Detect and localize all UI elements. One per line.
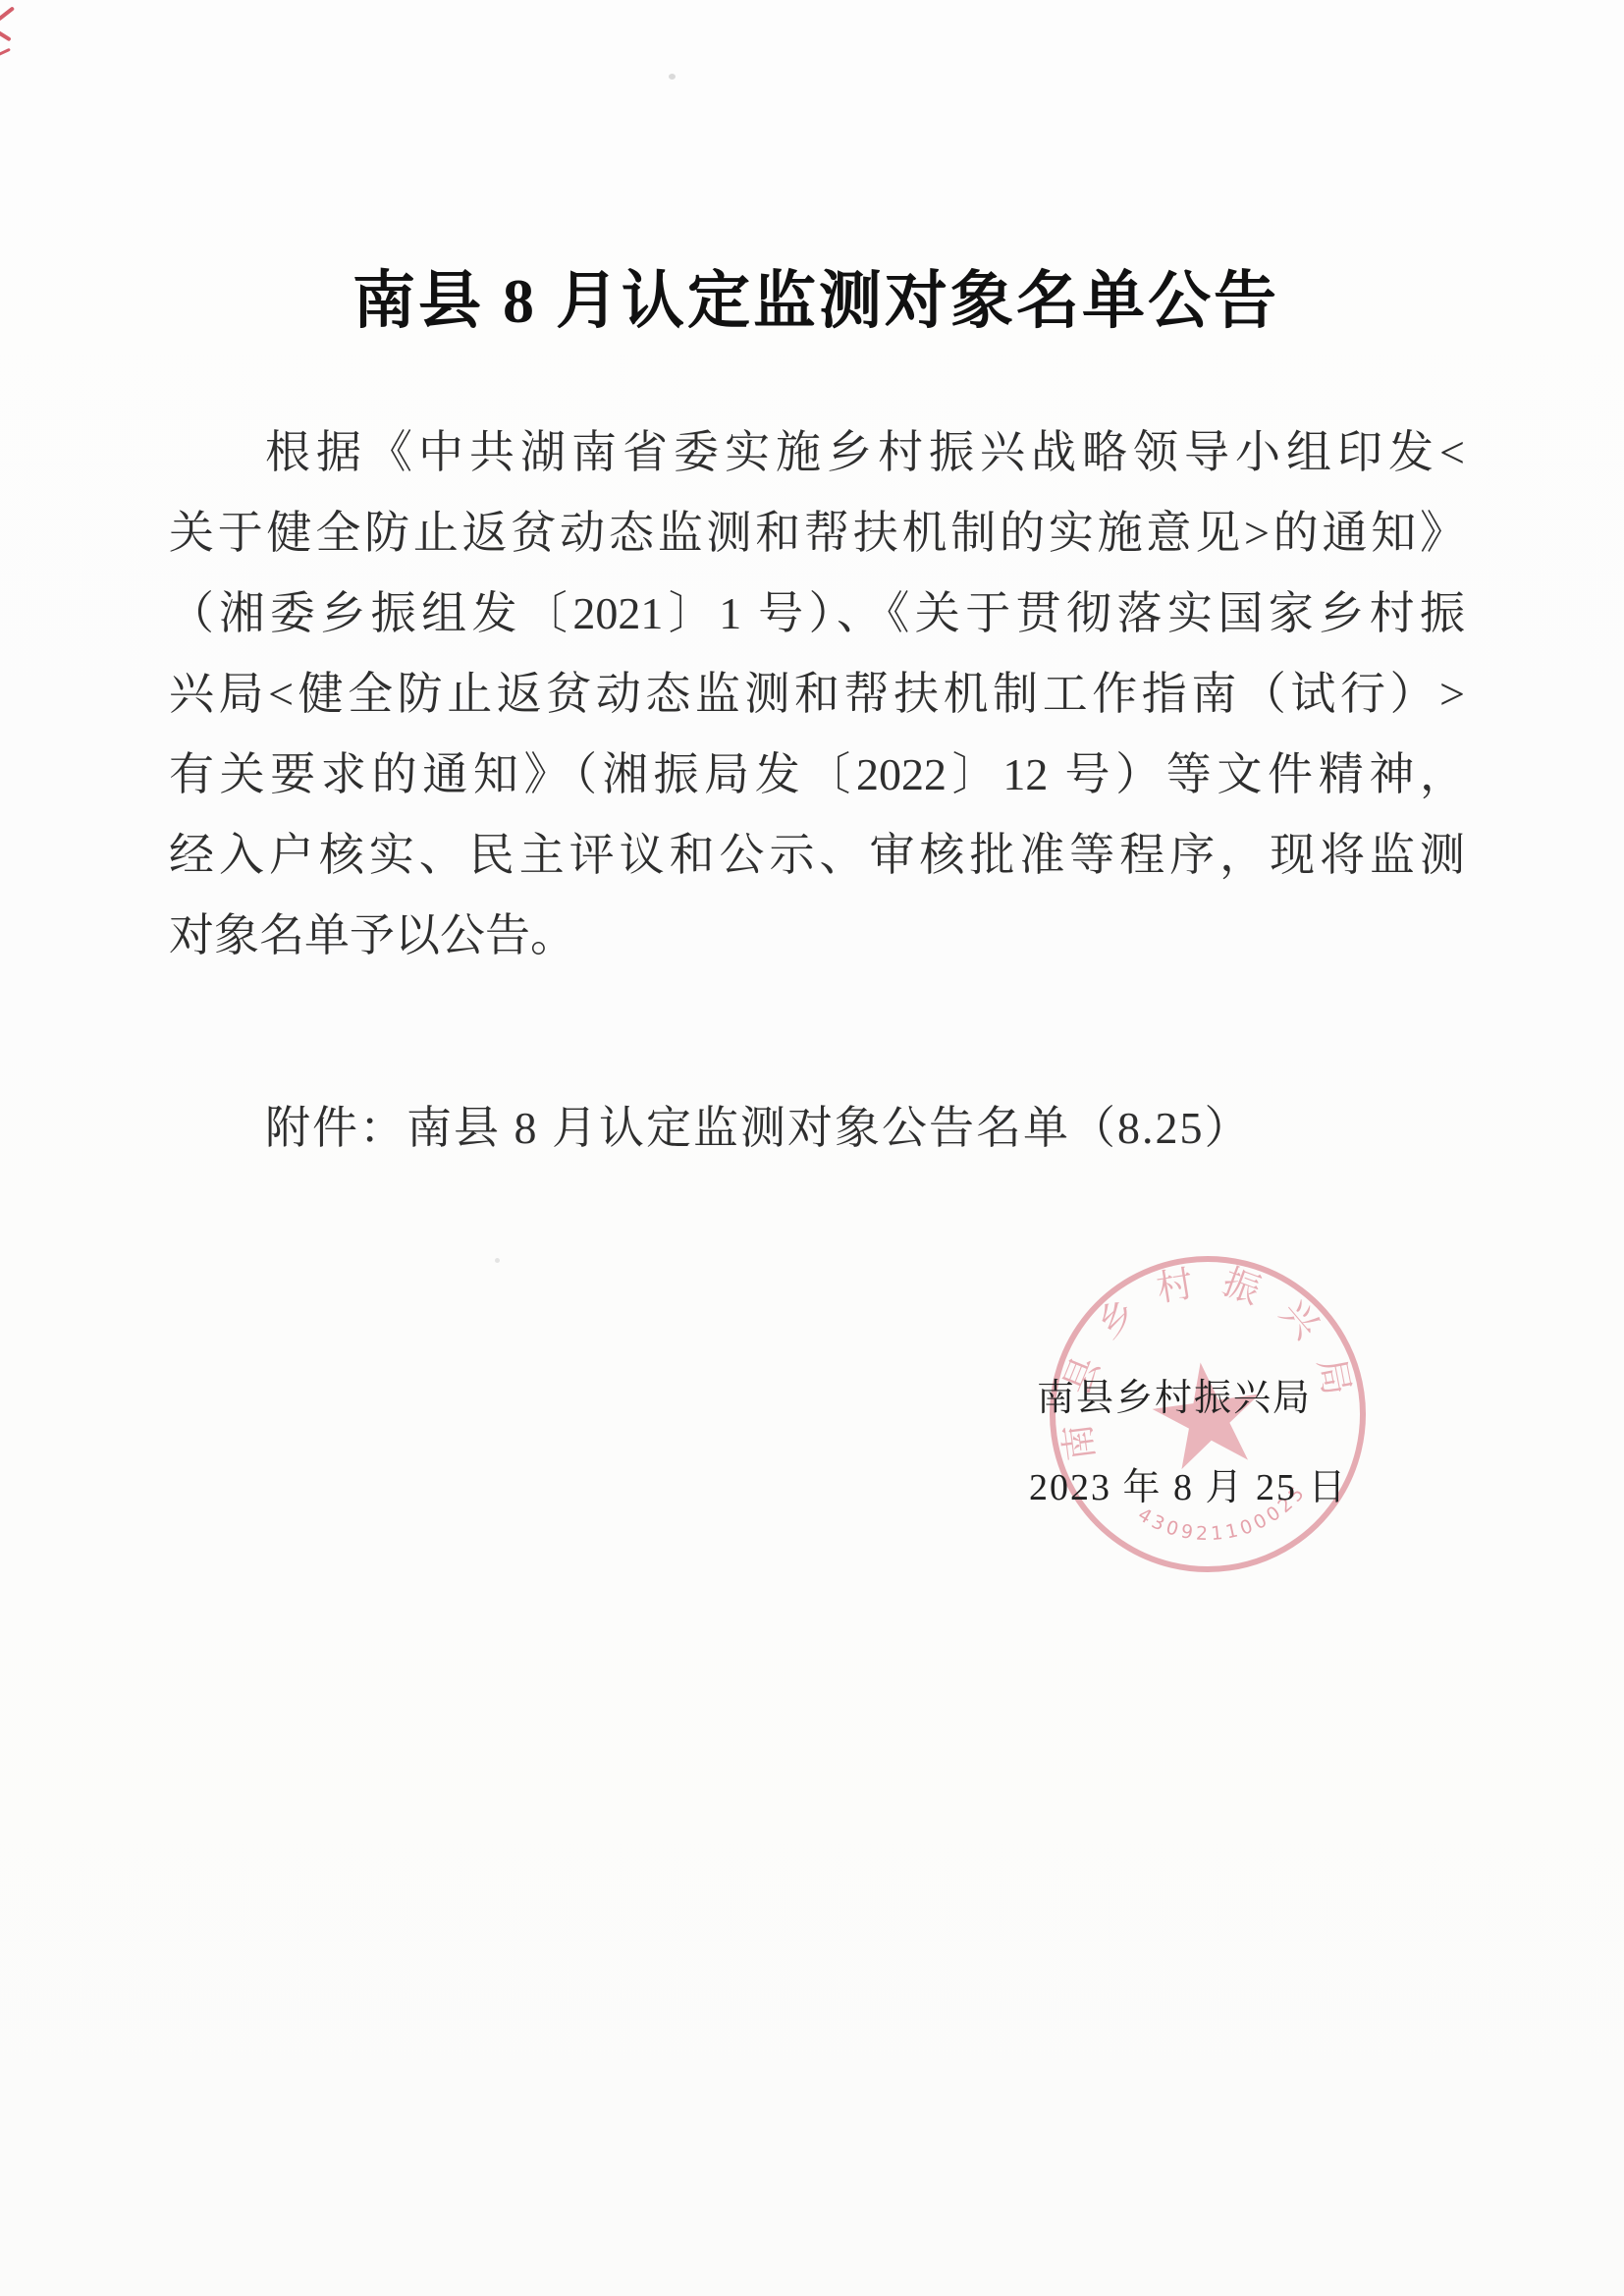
body-line: （湘委乡振组发〔2021〕1 号）、《关于贯彻落实国家乡村振: [169, 574, 1465, 654]
body-line: 根据《中共湖南省委实施乡村振兴战略领导小组印发<: [169, 412, 1465, 493]
scan-speck: [669, 74, 676, 80]
issue-date: 2023 年 8 月 25 日: [1029, 1456, 1348, 1510]
scan-speck: [495, 1258, 500, 1263]
attachment-reference: 附件：南县 8 月认定监测对象公告名单（8.25）: [265, 1088, 1252, 1169]
body-paragraph: 根据《中共湖南省委实施乡村振兴战略领导小组印发< 关于健全防止返贫动态监测和帮扶…: [169, 412, 1465, 976]
issuer-signature: 南县乡村振兴局: [1037, 1367, 1312, 1421]
scan-artifact-red-mark: [0, 6, 15, 21]
scan-artifact-red-mark: [0, 48, 11, 57]
body-line: 对象名单予以公告。: [169, 896, 1465, 976]
scan-artifact-red-mark: [0, 29, 12, 42]
body-line: 有关要求的通知》（湘振局发〔2022〕12 号）等文件精神，: [169, 735, 1465, 815]
document-page: 南县 8 月认定监测对象名单公告 根据《中共湖南省委实施乡村振兴战略领导小组印发…: [0, 0, 1624, 2296]
body-line: 关于健全防止返贫动态监测和帮扶机制的实施意见>的通知》: [169, 493, 1465, 574]
body-line: 经入户核实、民主评议和公示、审核批准等程序，现将监测: [169, 815, 1465, 896]
body-line: 兴局<健全防止返贫动态监测和帮扶机制工作指南（试行）>: [169, 654, 1465, 735]
page-title: 南县 8 月认定监测对象名单公告: [167, 250, 1465, 341]
